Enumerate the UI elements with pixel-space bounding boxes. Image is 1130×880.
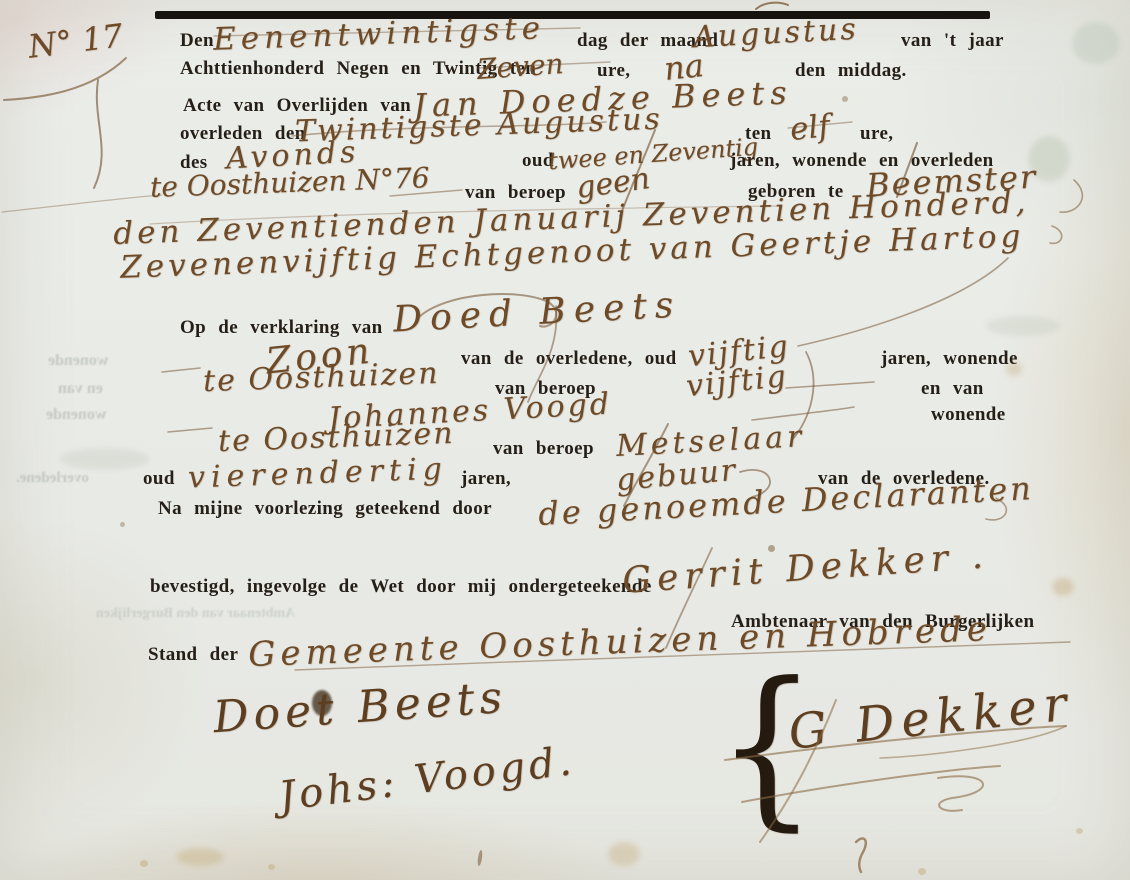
hw-registration-hour: Zeven: [476, 47, 565, 86]
speck: [268, 864, 275, 870]
stain: [176, 848, 224, 866]
speck: [842, 96, 848, 102]
printed-bevestigd: bevestigd, ingevolge de Wet door mij ond…: [150, 576, 652, 598]
speck: [120, 522, 125, 527]
printed-stand-der: Stand der: [148, 644, 238, 666]
ghost-text: Ambtenaar van den Burgerlijken: [96, 606, 295, 622]
speck: [918, 868, 926, 875]
speck: [1076, 828, 1083, 834]
printed-ure-2: ure,: [860, 123, 893, 145]
printed-den-middag: den middag.: [795, 60, 907, 82]
printed-jaren-wonende: jaren, wonende: [881, 348, 1018, 370]
bleed-patch: [986, 316, 1060, 336]
ghost-text: en van: [58, 380, 103, 398]
printed-voorlezing: Na mijne voorlezing geteekend door: [158, 498, 492, 520]
printed-van-de-overledene-oud: van de overledene, oud: [461, 348, 677, 370]
top-rule: [155, 11, 990, 19]
ghost-text: wonende: [48, 352, 108, 370]
printed-oud-2: oud: [143, 468, 175, 490]
bleed-patch: [60, 448, 150, 470]
printed-en-van: en van: [921, 378, 984, 400]
printed-jaren: jaren,: [461, 468, 511, 490]
ghost-text: overledene.: [16, 470, 89, 487]
stain: [1052, 578, 1074, 596]
ghost-text: wonende: [46, 406, 106, 424]
speck: [140, 860, 148, 867]
stain: [608, 842, 640, 866]
printed-wonende: wonende: [931, 404, 1006, 426]
printed-den: Den: [180, 30, 214, 52]
printed-van-beroep-2: van beroep: [493, 438, 594, 460]
printed-van-t-jaar: van 't jaar: [901, 30, 1004, 52]
hw-death-hour: elf: [788, 108, 831, 148]
bleed-patch: [1072, 22, 1120, 64]
